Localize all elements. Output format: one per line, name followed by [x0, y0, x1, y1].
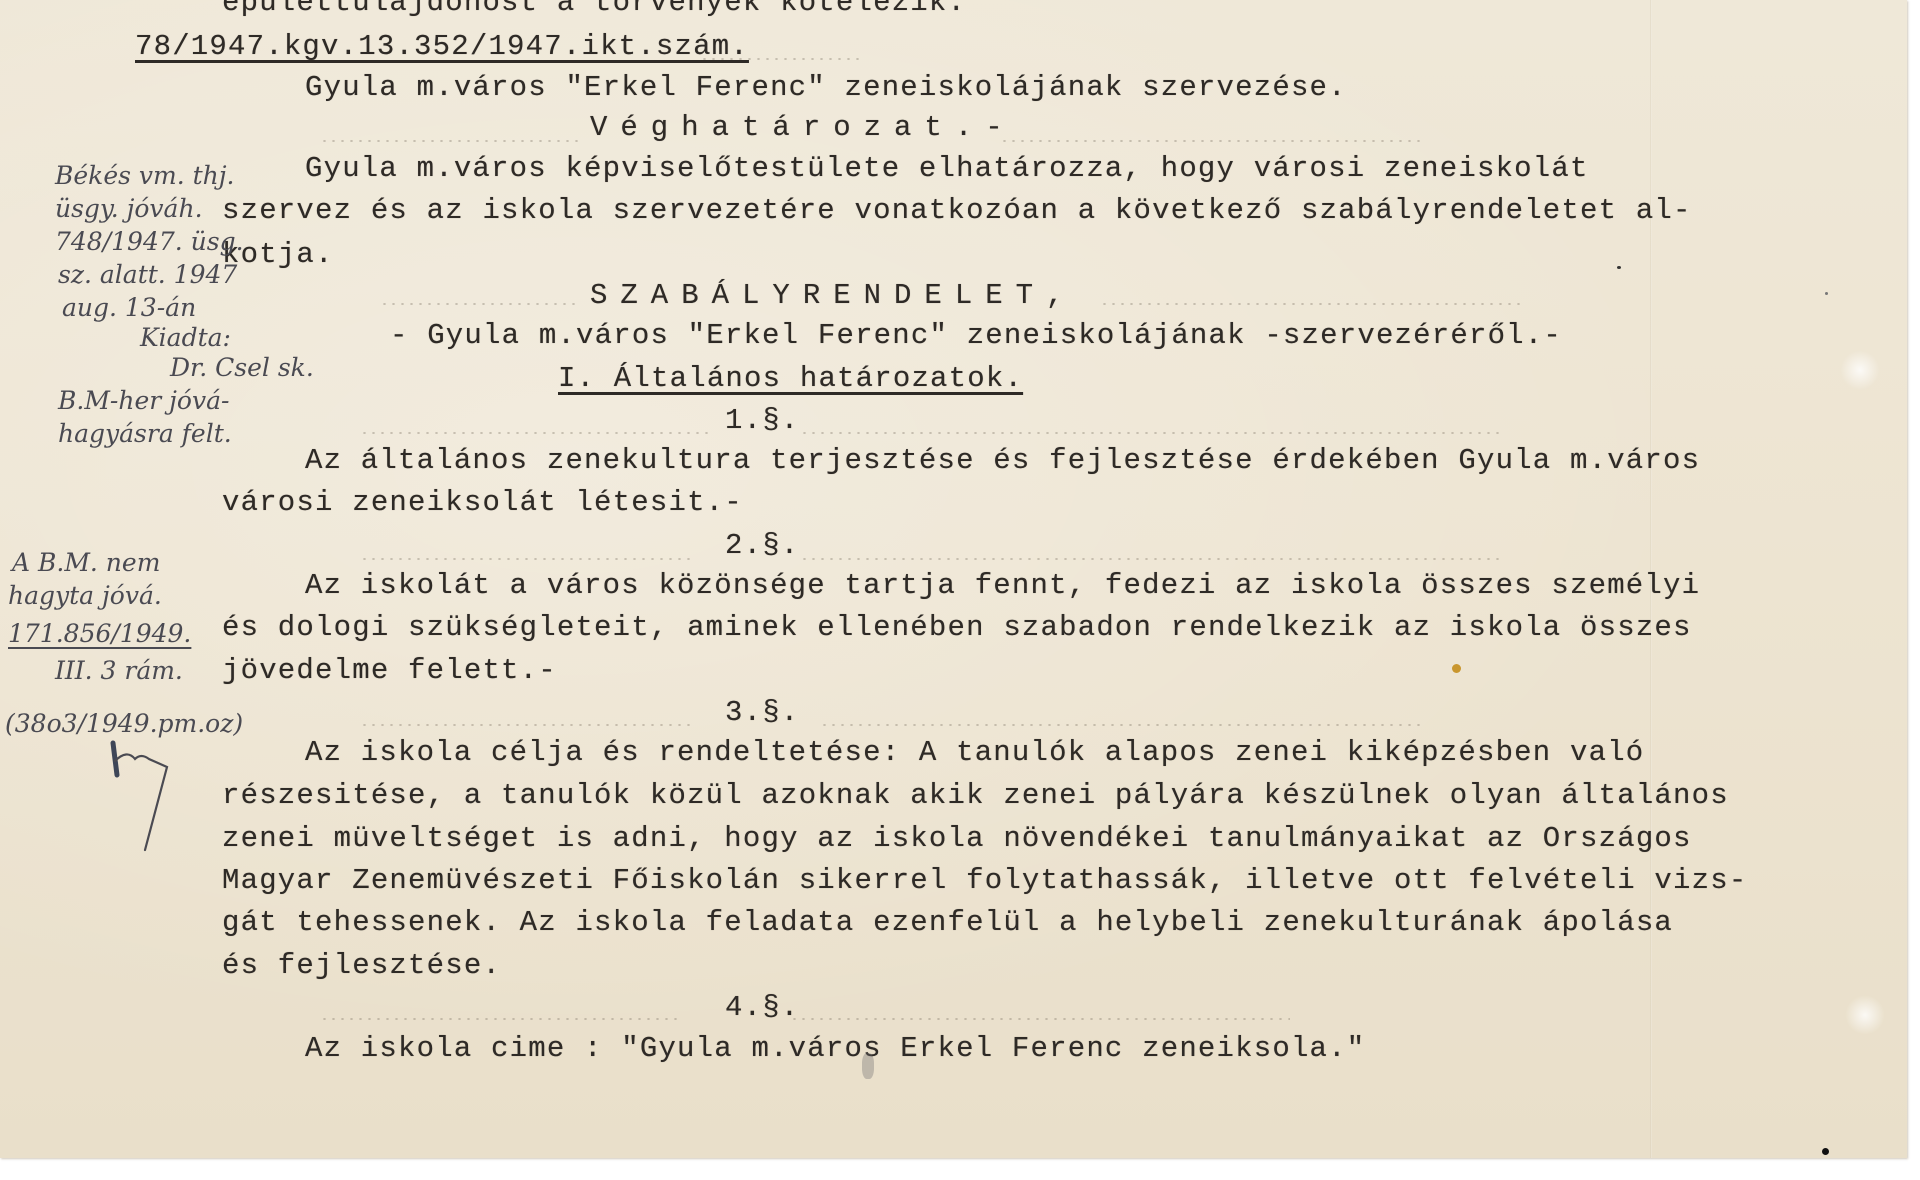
signature-initials-icon — [105, 735, 185, 855]
paper-crease — [1840, 350, 1880, 390]
guide-dots — [820, 724, 1420, 726]
document-title: Gyula m.város "Erkel Ferenc" zeneiskoláj… — [305, 71, 1347, 105]
paragraph-line: és fejlesztése. — [222, 949, 501, 983]
paragraph-line: részesitése, a tanulók közül azoknak aki… — [222, 779, 1729, 813]
margin-note-line: Békés vm. thj. — [55, 160, 234, 191]
ink-stain — [1452, 664, 1461, 673]
guide-dots — [360, 558, 690, 560]
guide-dots — [800, 558, 1500, 560]
margin-note-line: hagyásra felt. — [58, 418, 232, 449]
paragraph-line: és dologi szükségleteit, aminek ellenébe… — [222, 611, 1692, 645]
guide-dots — [790, 1018, 1290, 1020]
document-page: épülettulajdonost a törvények kötelezik.… — [0, 0, 1907, 1158]
margin-note-line: Dr. Csel sk. — [170, 352, 314, 383]
margin-note-line: sz. alatt. 1947 — [58, 259, 237, 290]
paragraph-line: Az iskola célja és rendeltetése: A tanul… — [305, 736, 1644, 770]
guide-dots — [1000, 140, 1420, 142]
margin-note-line: 171.856/1949. — [8, 618, 191, 649]
margin-note-line: üsgy. jóváh. — [55, 193, 203, 224]
guide-dots — [360, 432, 710, 434]
ink-speck — [1825, 292, 1828, 295]
paragraph-line: Az általános zenekultura terjesztése és … — [305, 444, 1700, 478]
paragraph-line: Magyar Zenemüvészeti Főiskolán sikerrel … — [222, 864, 1747, 898]
smudge — [862, 1053, 874, 1079]
guide-dots — [320, 140, 580, 142]
paragraph-line: gát tehessenek. Az iskola feladata ezenf… — [222, 906, 1673, 940]
ink-dot — [1822, 1148, 1829, 1155]
resolution-heading: Véghatározat.- — [590, 111, 1016, 145]
reference-number: 78/1947.kgv.13.352/1947.ikt.szám. — [135, 30, 749, 64]
paragraph-number: 3.§. — [725, 696, 799, 730]
guide-dots — [360, 724, 690, 726]
paragraph-number: 2.§. — [725, 529, 799, 563]
margin-note-line: B.M-her jóvá- — [58, 385, 229, 416]
ink-speck — [1617, 266, 1621, 269]
decree-subtitle: - Gyula m.város "Erkel Ferenc" zeneiskol… — [390, 319, 1562, 353]
cut-off-line: épülettulajdonost a törvények kötelezik. — [222, 0, 966, 20]
guide-dots — [1100, 303, 1520, 305]
paper-crease — [1845, 995, 1885, 1035]
paragraph-line: városi zeneiksolát létesit.- — [222, 486, 743, 520]
guide-dots — [800, 432, 1500, 434]
margin-note-line: Kiadta: — [140, 322, 231, 353]
margin-note-line: hagyta jóvá. — [8, 580, 162, 611]
margin-note-line: III. 3 rám. — [55, 655, 183, 686]
resolution-line: Gyula m.város képviselőtestülete elhatár… — [305, 152, 1589, 186]
paragraph-number: 4.§. — [725, 991, 799, 1025]
decree-heading: SZABÁLYRENDELET, — [590, 279, 1076, 313]
paragraph-line: zenei müveltséget is adni, hogy az iskol… — [222, 822, 1692, 856]
paragraph-line: Az iskolát a város közönsége tartja fenn… — [305, 569, 1700, 603]
section-heading: I. Általános határozatok. — [558, 362, 1023, 396]
paragraph-line: jövedelme felett.- — [222, 654, 557, 688]
margin-note-line: 748/1947. üsg. — [55, 226, 244, 257]
resolution-line: szervez és az iskola szervezetére vonatk… — [222, 194, 1692, 228]
paragraph-line: Az iskola cime : "Gyula m.város Erkel Fe… — [305, 1032, 1365, 1066]
margin-note-line: A B.M. nem — [12, 547, 160, 578]
margin-note-line: aug. 13-án — [62, 292, 196, 323]
guide-dots — [320, 1018, 680, 1020]
guide-dots — [380, 303, 580, 305]
paragraph-number: 1.§. — [725, 404, 799, 438]
